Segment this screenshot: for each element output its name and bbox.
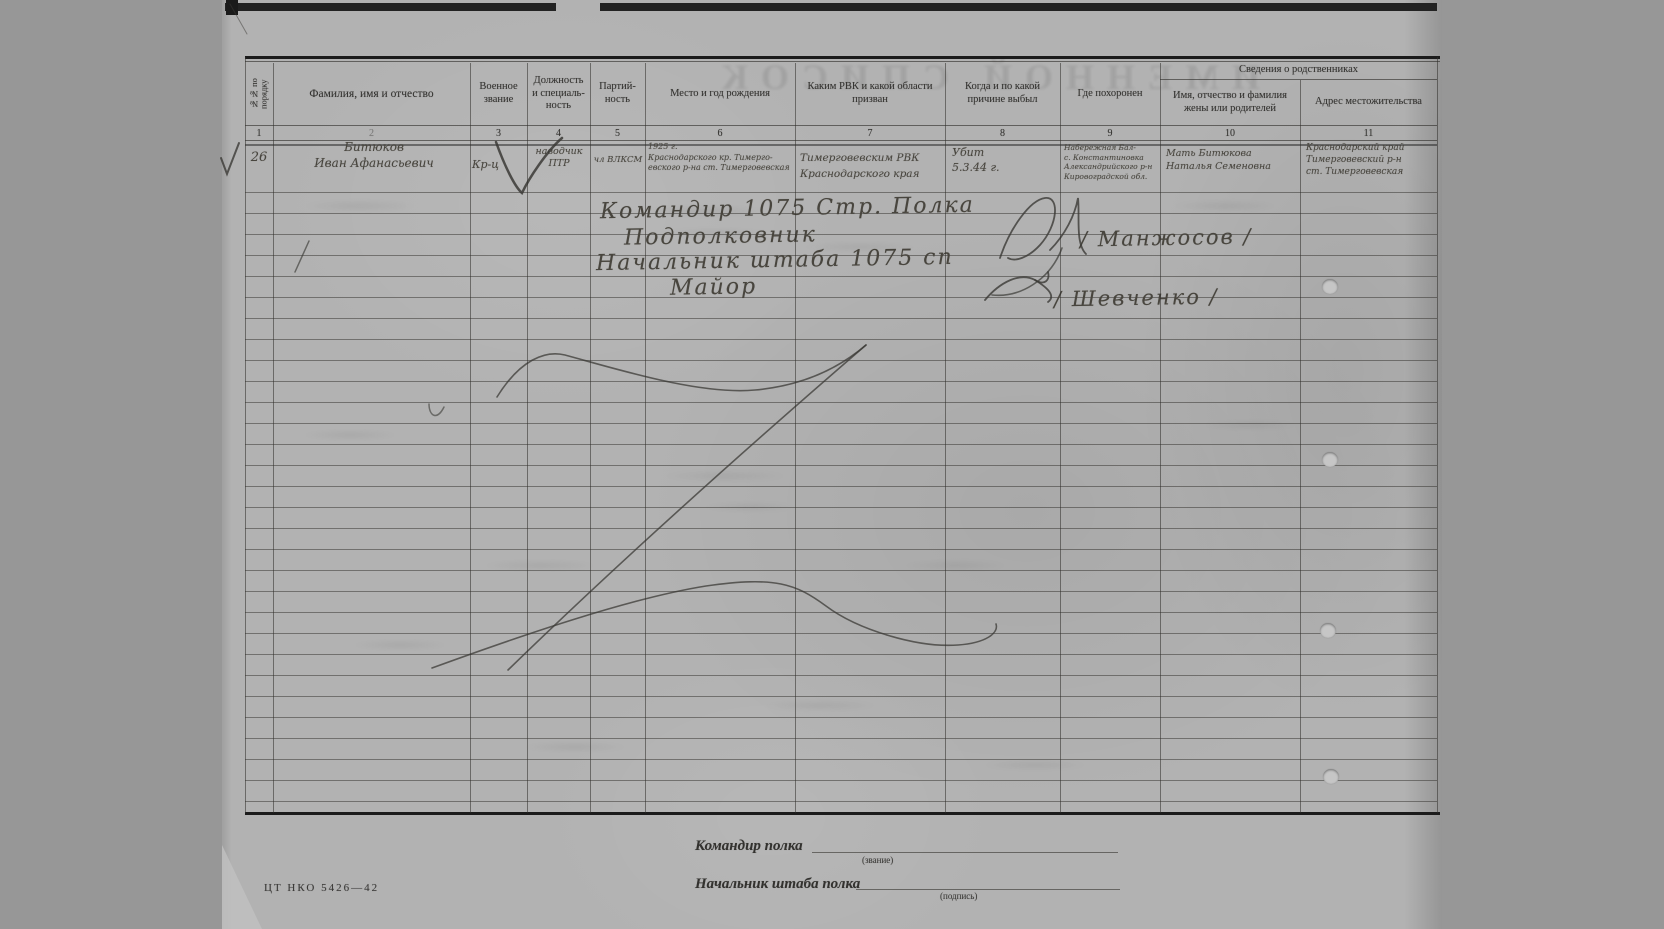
bleed-through-smudge (980, 760, 1090, 770)
col-header-relative: Имя, отчество и фамилия жены или родител… (1160, 80, 1300, 125)
bleed-through-smudge (760, 700, 880, 711)
col-num-11: 11 (1300, 128, 1437, 139)
table-column-line (1160, 63, 1161, 813)
table-bottom-border (245, 812, 1440, 815)
col-num-8: 8 (945, 128, 1060, 139)
sign-name-shevchenko: / Шевченко / (1054, 285, 1219, 312)
entry-name: Битюков Иван Афанасьевич (278, 139, 470, 171)
col-header-order-number-label: №№ по порядку (250, 63, 269, 125)
sign-name-manzhosov: / Манжосов / (1080, 224, 1253, 251)
col-header-name: Фамилия, имя и отчество (273, 63, 470, 125)
table-column-line (470, 63, 471, 813)
col-header-fate: Когда и по какой причине выбыл (945, 63, 1060, 125)
page-left-edge-shadow (222, 0, 232, 929)
bleed-through-smudge (640, 205, 770, 217)
entry-duty: наводчик ПТР (529, 146, 589, 170)
bleed-through-smudge (300, 200, 420, 212)
bleed-through-smudge (1170, 200, 1280, 212)
col-header-burial: Где похоронен (1060, 63, 1160, 125)
footer-commander-label: Командир полка (695, 838, 803, 855)
page-top-edge-gap (556, 3, 600, 12)
col-num-5: 5 (590, 128, 645, 139)
col-num-4: 4 (527, 128, 590, 139)
col-num-2: 2 (273, 128, 470, 139)
entry-fate: Убит 5.3.44 г. (952, 145, 1042, 175)
bleed-through-smudge (300, 430, 400, 440)
entry-drafted-by: Тимерговевским РВК Краснодарского края (800, 150, 942, 182)
page-top-edge (225, 3, 1437, 11)
col-header-duty: Должность и специаль-ность (527, 63, 590, 125)
col-num-10: 10 (1160, 128, 1300, 139)
col-num-6: 6 (645, 128, 795, 139)
punch-hole (1320, 623, 1336, 638)
col-num-3: 3 (470, 128, 527, 139)
table-column-line (945, 63, 946, 813)
relatives-group-header: Сведения о родственниках (1160, 62, 1437, 79)
table-column-line (645, 63, 646, 813)
bleed-through-smudge (660, 228, 770, 238)
header-bottom-line (245, 125, 1437, 126)
footer-commander-hint: (звание) (862, 855, 893, 865)
col-header-birthplace: Место и год рождения (645, 63, 795, 125)
footer-commander-fill-line (812, 852, 1118, 853)
table-column-line (1300, 80, 1301, 813)
col-num-7: 7 (795, 128, 945, 139)
form-stamp: ЦТ НКО 5426—42 (264, 882, 379, 894)
col-header-rank: Военное звание (470, 63, 527, 125)
punch-hole (1322, 279, 1338, 294)
footer-chief-label: Начальник штаба полка (695, 876, 860, 893)
table-column-line (795, 63, 796, 813)
bleed-through-smudge (1200, 420, 1300, 430)
col-num-1: 1 (245, 128, 273, 139)
table-column-line (273, 63, 274, 813)
col-num-9: 9 (1060, 128, 1160, 139)
table-column-line (527, 63, 528, 813)
bleed-through-smudge (900, 560, 1010, 571)
scanned-document-view: ИМЕННОЙ СПИСОК №№ по порядку Фамилия, им… (0, 0, 1664, 929)
bleed-through-smudge (660, 470, 790, 482)
bleed-through-smudge (700, 502, 800, 512)
table-column-line (590, 63, 591, 813)
col-header-order-number: №№ по порядку (245, 63, 273, 125)
footer-chief-hint: (подпись) (940, 891, 977, 901)
table-top-border (245, 56, 1440, 59)
bleed-through-smudge (350, 640, 450, 650)
col-header-drafted-by: Каким РВК и какой области призван (795, 63, 945, 125)
corner-dark-mark (226, 0, 238, 15)
entry-party: чл ВЛКСМ (591, 155, 645, 165)
footer-chief-fill-line (856, 889, 1120, 890)
bleed-through-smudge (520, 742, 630, 752)
punch-hole (1322, 452, 1338, 467)
entry-relative: Мать Битюкова Наталья Семеновна (1166, 147, 1296, 173)
sign-rank-chief-of-staff: Майор (670, 274, 758, 301)
table-column-line (1437, 57, 1438, 813)
table-row-lines (245, 192, 1437, 814)
entry-rank: Кр-ц (472, 158, 527, 171)
bleed-through-smudge (800, 242, 920, 252)
bleed-through-smudge (480, 560, 600, 571)
table-column-line (245, 57, 246, 813)
entry-burial: Набережная Бал- с. Константиновка Алекса… (1064, 143, 1158, 181)
table-column-line (1060, 63, 1061, 813)
entry-number: 26 (246, 150, 272, 165)
col-header-address: Адрес местожительства (1300, 80, 1437, 125)
col-header-party: Партий-ность (590, 63, 645, 125)
entry-birthplace: 1925 г. Краснодарского кр. Тимерго- евск… (648, 142, 794, 174)
punch-hole (1323, 769, 1339, 784)
entry-address: Краснодарский край Тимерговевский р-н ст… (1306, 142, 1434, 178)
